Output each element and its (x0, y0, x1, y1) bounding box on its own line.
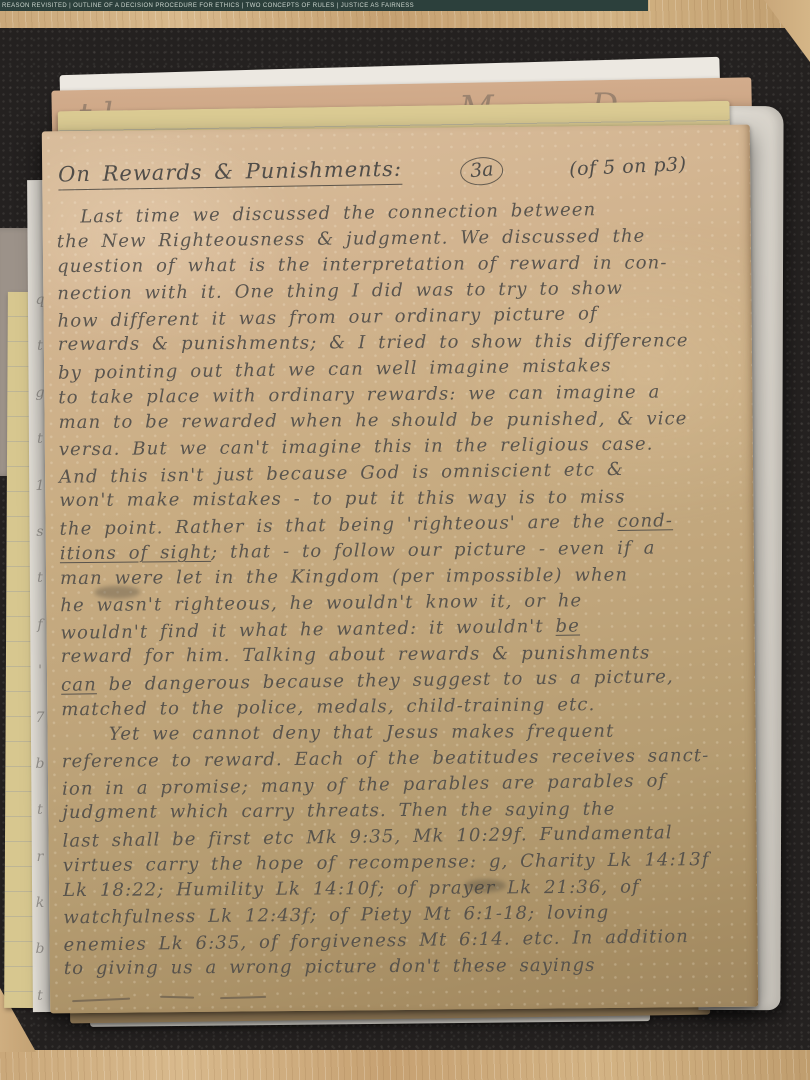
clipped-line-fragment (220, 996, 266, 999)
stray-mark: r (37, 849, 44, 865)
stray-mark: k (36, 895, 44, 911)
stray-mark: t (37, 570, 43, 586)
manuscript-body: Last time we discussed the connection be… (56, 197, 757, 984)
stray-mark: q (36, 292, 45, 308)
stray-mark: b (36, 756, 45, 772)
clipped-line-fragment (160, 996, 194, 999)
margin-stray-marks: qtgt1stf'7btrkbt (30, 292, 50, 1004)
clipped-line-fragment (72, 998, 130, 1003)
stray-mark: g (36, 385, 45, 401)
manuscript-page: On Rewards & Punishments: 3a (of 5 on p3… (42, 125, 758, 1014)
stray-mark: t (37, 338, 43, 354)
stray-mark: f (37, 617, 42, 633)
stray-mark: b (36, 941, 45, 957)
manuscript-line: to giving us a wrong picture don't these… (64, 952, 758, 982)
stray-mark: ' (38, 663, 42, 679)
page-number-badge: 3a (459, 156, 505, 187)
stray-mark: 1 (36, 478, 45, 494)
stray-mark: t (37, 802, 43, 818)
stray-mark: s (36, 524, 43, 540)
stray-mark: t (37, 988, 43, 1004)
stray-mark: t (37, 431, 43, 447)
stray-mark: 7 (36, 710, 45, 726)
manuscript-heading: On Rewards & Punishments: 3a (of 5 on p3… (58, 155, 750, 190)
page-note: (of 5 on p3) (569, 153, 687, 180)
archive-photo: REASON REVISITED | OUTLINE OF A DECISION… (0, 0, 810, 1080)
paper-stack: t l M D c l o e P i 12-15 HUM 48 On Rewa… (0, 0, 810, 1080)
manuscript-title: On Rewards & Punishments: (58, 157, 402, 191)
